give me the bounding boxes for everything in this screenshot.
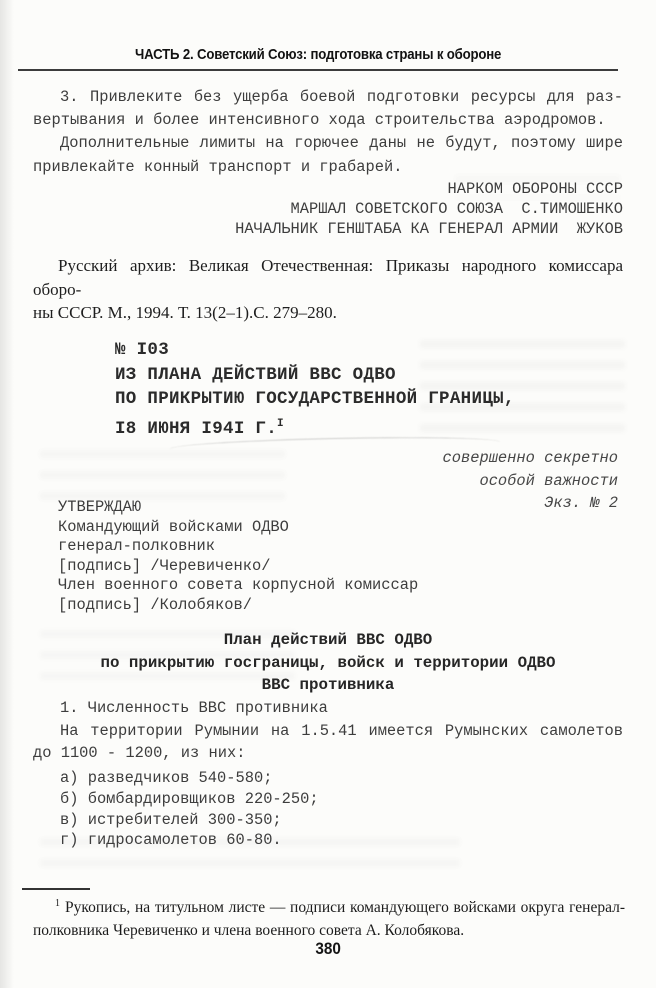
signature-block: НАРКОМ ОБОРОНЫ СССР МАРШАЛ СОВЕТСКОГО СО… <box>33 179 623 239</box>
signature-line: НАРКОМ ОБОРОНЫ СССР <box>33 179 623 199</box>
signature-line: НАЧАЛЬНИК ГЕНШТАБА КА ГЕНЕРАЛ АРМИИ ЖУКО… <box>33 219 623 239</box>
body-line: до 1100 - 1200, из них: <box>33 742 623 765</box>
doc-number: № I03 <box>115 338 635 363</box>
list-item: а) разведчиков 540-580; <box>33 768 623 789</box>
approval-block: УТВЕРЖДАЮ Командующий войсками ОДВО гене… <box>58 498 618 616</box>
document-title: № I03 ИЗ ПЛАНА ДЕЙСТВИЙ ВВС ОДВО ПО ПРИК… <box>115 338 635 441</box>
paragraph-line: привлекайте конный транспорт и грабарей. <box>33 156 623 179</box>
secrecy-line: совершенно секретно <box>33 447 618 470</box>
secrecy-line: особой важности <box>33 470 618 493</box>
signature-line: МАРШАЛ СОВЕТСКОГО СОЮЗА С.ТИМОШЕНКО <box>33 199 623 219</box>
source-citation-line: ны СССР. М., 1994. Т. 13(2–1).С. 279–280… <box>33 301 623 325</box>
approval-line: УТВЕРЖДАЮ <box>58 498 618 518</box>
footnote-marker: 1 <box>55 898 60 909</box>
doc-date-line: I8 ИЮНЯ I94I Г.I <box>115 412 635 441</box>
footnote-rule <box>22 888 90 890</box>
plan-heading-line: по прикрытию госграницы, войск и террито… <box>33 652 623 675</box>
approval-line: [подпись] /Колобяков/ <box>58 596 618 616</box>
doc-date: I8 ИЮНЯ I94I Г. <box>115 419 277 439</box>
section-title: 1. Численность ВВС противника <box>33 697 623 720</box>
approval-line: генерал-полковник <box>58 537 618 557</box>
source-citation: Русский архив: Великая Отечественная: Пр… <box>33 254 623 325</box>
paragraph-line: Дополнительные лимиты на горючее даны не… <box>33 132 623 155</box>
footnote-text: Рукопись, на титульном листе — подписи к… <box>65 899 625 916</box>
section-1: 1. Численность ВВС противника На террито… <box>33 697 623 765</box>
approval-line: Член военного совета корпусной комиссар <box>58 576 618 596</box>
doc-title-line: ПО ПРИКРЫТИЮ ГОСУДАРСТВЕННОЙ ГРАНИЦЫ, <box>115 387 635 412</box>
footnote-ref: I <box>277 418 284 430</box>
page-number-text: 380 <box>315 939 341 959</box>
scanned-book-page: ЧАСТЬ 2. Советский Союз: подготовка стра… <box>0 0 656 988</box>
aircraft-list: а) разведчиков 540-580; б) бомбардировщи… <box>33 768 623 851</box>
source-citation-line: Русский архив: Великая Отечественная: Пр… <box>33 254 623 301</box>
list-item: б) бомбардировщиков 220-250; <box>33 789 623 810</box>
list-item: г) гидросамолетов 60-80. <box>33 830 623 851</box>
paragraph-line: 3. Привлеките без ущерба боевой подготов… <box>33 86 623 109</box>
header-rule <box>18 69 618 71</box>
list-item: в) истребителей 300-350; <box>33 810 623 831</box>
paragraph-line: вертывания и более интенсивного хода стр… <box>33 109 623 132</box>
running-header-text: ЧАСТЬ 2. Советский Союз: подготовка стра… <box>135 46 501 63</box>
page-number: 380 <box>0 939 656 959</box>
footnote-line: 1Рукопись, на титульном листе — подписи … <box>33 892 625 919</box>
body-line: На территории Румынии на 1.5.41 имеется … <box>33 720 623 743</box>
footnote: 1Рукопись, на титульном листе — подписи … <box>33 892 625 942</box>
previous-document-tail: 3. Привлеките без ущерба боевой подготов… <box>33 86 623 179</box>
approval-line: [подпись] /Черевиченко/ <box>58 557 618 577</box>
running-header: ЧАСТЬ 2. Советский Союз: подготовка стра… <box>18 46 618 63</box>
plan-heading: План действий ВВС ОДВО по прикрытию госг… <box>33 629 623 697</box>
plan-heading-line: ВВС противника <box>33 674 623 697</box>
approval-line: Командующий войсками ОДВО <box>58 518 618 538</box>
doc-title-line: ИЗ ПЛАНА ДЕЙСТВИЙ ВВС ОДВО <box>115 363 635 388</box>
plan-heading-line: План действий ВВС ОДВО <box>33 629 623 652</box>
